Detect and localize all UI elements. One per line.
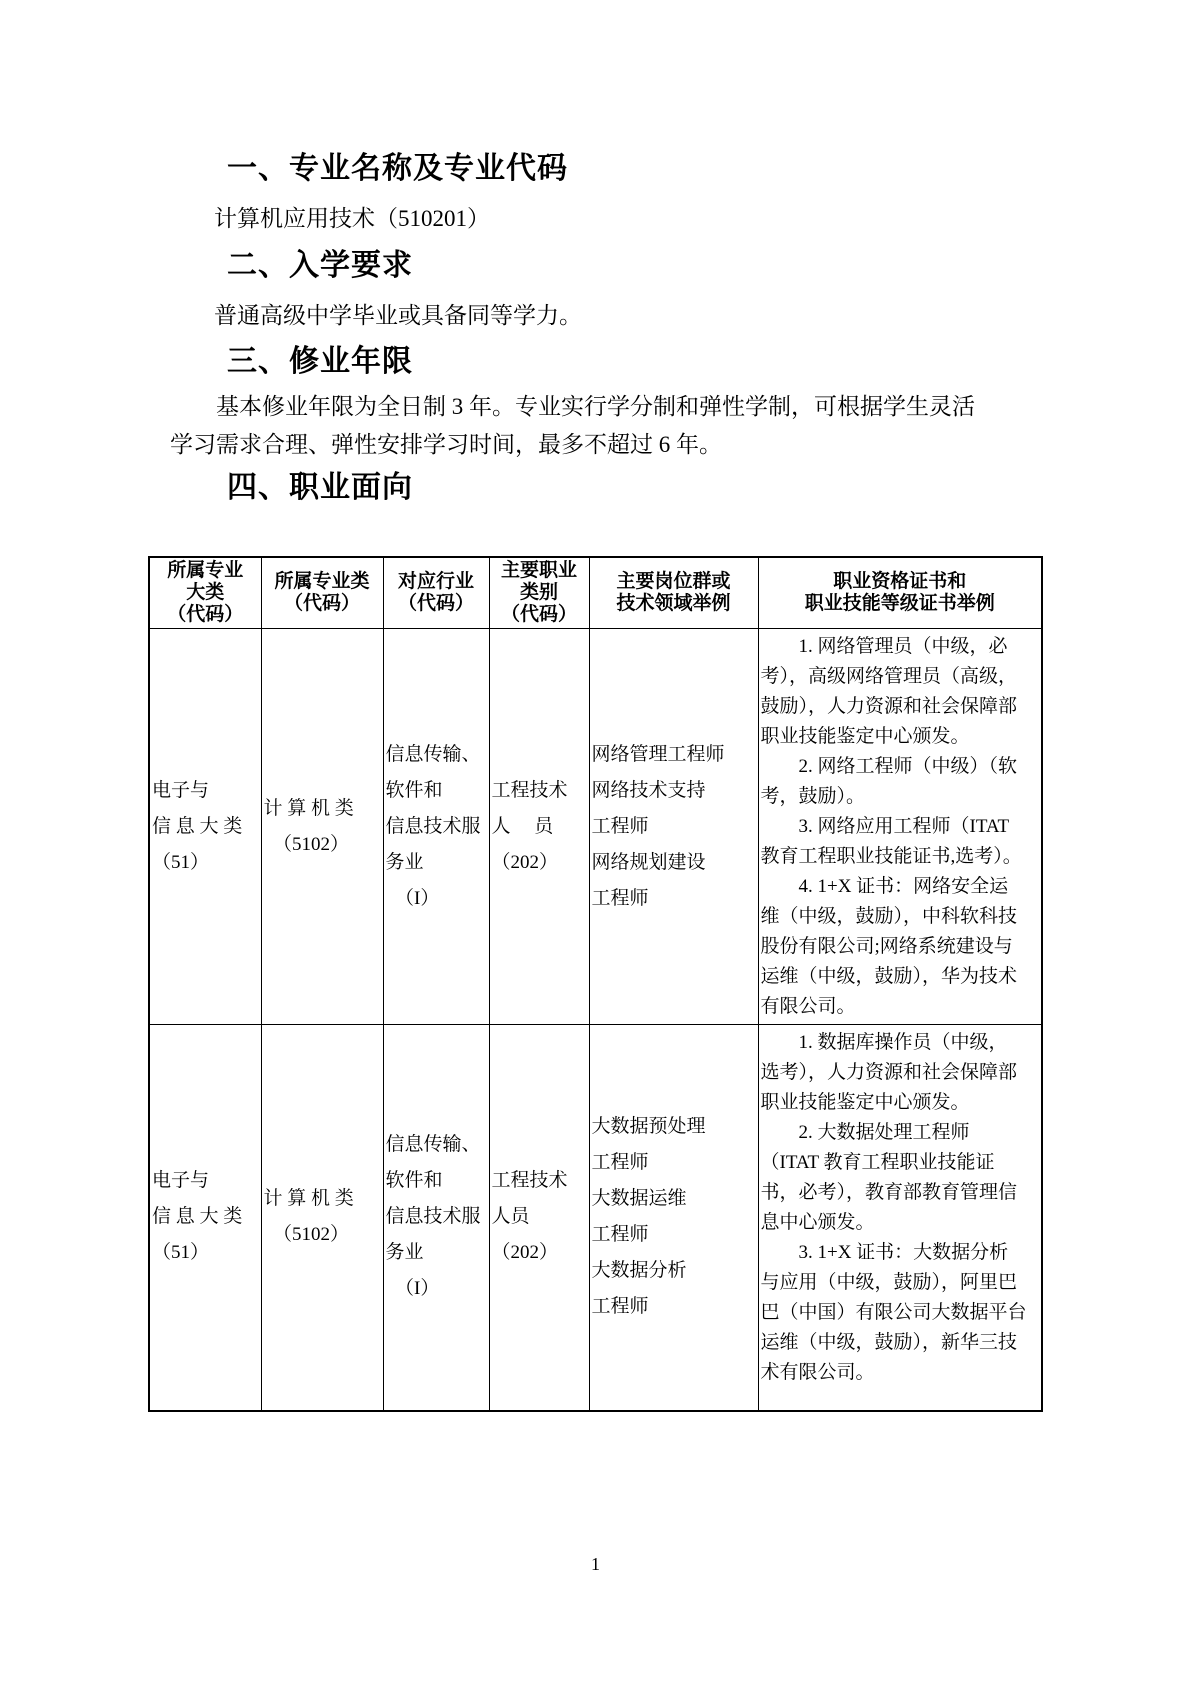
table-header-row: 所属专业 大类 （代码） 所属专业类 （代码） 对应行业 （代码） 主要职业 类… xyxy=(149,557,1042,629)
cell-industry: 信息传输、 软件和 信息技术服 务业 （I） xyxy=(383,629,489,1025)
page-number: 1 xyxy=(0,1554,1191,1575)
cell-occupation-class: 工程技术 人员（202） xyxy=(489,1025,589,1411)
document-page: 一、专业名称及专业代码 计算机应用技术（510201） 二、入学要求 普通高级中… xyxy=(0,0,1191,1684)
section-1-heading: 一、专业名称及专业代码 xyxy=(227,150,568,188)
section-3-paragraph: 基本修业年限为全日制 3 年。专业实行学分制和弹性学制，可根据学生灵活 学习需求… xyxy=(170,388,1050,464)
cell-certificates: 1. 数据库操作员（中级， 选考），人力资源和社会保障部 职业技能鉴定中心颁发。… xyxy=(758,1025,1042,1411)
cell-occupation-class: 工程技术 人 员 （202） xyxy=(489,629,589,1025)
header-industry: 对应行业 （代码） xyxy=(383,557,489,629)
header-post-group: 主要岗位群或 技术领域举例 xyxy=(589,557,758,629)
cell-major-category: 电子与 信 息 大 类 （51） xyxy=(149,1025,261,1411)
section-2-heading: 二、入学要求 xyxy=(227,247,413,285)
header-occupation-class: 主要职业 类别 （代码） xyxy=(489,557,589,629)
table-row: 电子与 信 息 大 类 （51） 计 算 机 类 （5102） 信息传输、 软件… xyxy=(149,1025,1042,1411)
cell-post-group: 网络管理工程师 网络技术支持 工程师 网络规划建设 工程师 xyxy=(589,629,758,1025)
section-3-heading: 三、修业年限 xyxy=(227,343,413,381)
header-certificates: 职业资格证书和 职业技能等级证书举例 xyxy=(758,557,1042,629)
cell-industry: 信息传输、 软件和 信息技术服 务业 （I） xyxy=(383,1025,489,1411)
section-2-body: 普通高级中学毕业或具备同等学力。 xyxy=(214,300,582,332)
cell-post-group: 大数据预处理 工程师 大数据运维 工程师 大数据分析 工程师 xyxy=(589,1025,758,1411)
cell-certificates: 1. 网络管理员（中级，必 考），高级网络管理员（高级， 鼓励），人力资源和社会… xyxy=(758,629,1042,1025)
cell-major-class: 计 算 机 类 （5102） xyxy=(261,1025,383,1411)
table-row: 电子与 信 息 大 类 （51） 计 算 机 类 （5102） 信息传输、 软件… xyxy=(149,629,1042,1025)
section-1-body: 计算机应用技术（510201） xyxy=(214,203,490,235)
cell-major-category: 电子与 信 息 大 类 （51） xyxy=(149,629,261,1025)
header-major-category: 所属专业 大类 （代码） xyxy=(149,557,261,629)
header-major-class: 所属专业类 （代码） xyxy=(261,557,383,629)
section-4-heading: 四、职业面向 xyxy=(227,469,413,507)
cell-major-class: 计 算 机 类 （5102） xyxy=(261,629,383,1025)
career-orientation-table: 所属专业 大类 （代码） 所属专业类 （代码） 对应行业 （代码） 主要职业 类… xyxy=(148,556,1043,1412)
